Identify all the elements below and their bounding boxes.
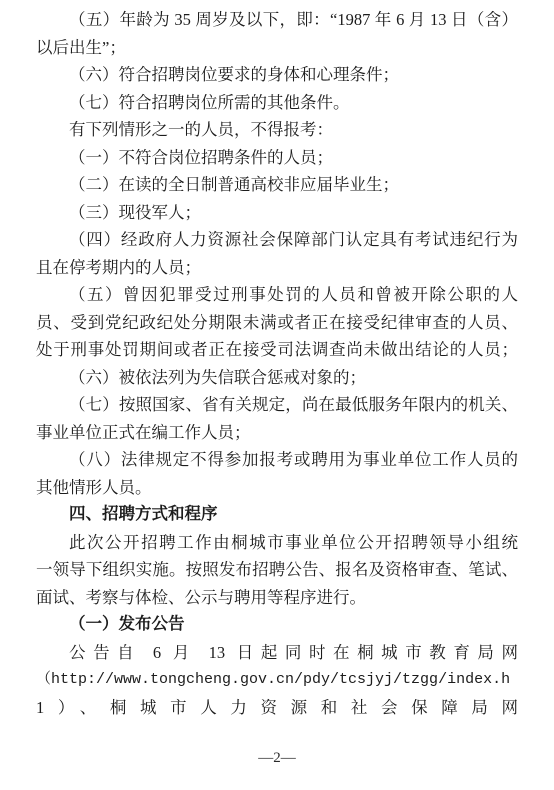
text-line: 员、受到党纪政纪处分期限未满或者正在接受纪律审查的人员、 <box>36 309 518 337</box>
text-line: 其他情形人员。 <box>36 474 518 502</box>
text-line: 有下列情形之一的人员，不得报考： <box>36 116 518 144</box>
document-page: （五）年龄为 35 周岁及以下，即：“1987 年 6 月 13 日（含）以后出… <box>0 0 554 790</box>
text-line: （一）不符合岗位招聘条件的人员； <box>36 144 518 172</box>
text-line: 以后出生”； <box>36 34 518 62</box>
text-line: （五）曾因犯罪受过刑事处罚的人员和曾被开除公职的人 <box>36 281 518 309</box>
text-line: 且在停考期内的人员； <box>36 254 518 282</box>
text-line: 面试、考察与体检、公示与聘用等程序进行。 <box>36 584 518 612</box>
text-line: （六）符合招聘岗位要求的身体和心理条件； <box>36 61 518 89</box>
text-line: 此次公开招聘工作由桐城市事业单位公开招聘领导小组统 <box>36 529 518 557</box>
text-line: （七）符合招聘岗位所需的其他条件。 <box>36 89 518 117</box>
text-line: 事业单位正式在编工作人员； <box>36 419 518 447</box>
text-line: （三）现役军人； <box>36 199 518 227</box>
text-line: （七）按照国家、省有关规定，尚在最低服务年限内的机关、 <box>36 391 518 419</box>
document-body: （五）年龄为 35 周岁及以下，即：“1987 年 6 月 13 日（含）以后出… <box>36 6 518 721</box>
text-line: （八）法律规定不得参加报考或聘用为事业单位工作人员的 <box>36 446 518 474</box>
text-line: 公告自 6 月 13 日起同时在桐城市教育局网 <box>36 639 518 667</box>
text-line: （四）经政府人力资源社会保障部门认定具有考试违纪行为 <box>36 226 518 254</box>
subsection-heading: （一）发布公告 <box>36 611 518 639</box>
text-line: （六）被依法列为失信联合惩戒对象的； <box>36 364 518 392</box>
text-line: 1）、桐城市人力资源和社会保障局网 <box>36 694 518 722</box>
text-line: 一领导下组织实施。按照发布招聘公告、报名及资格审查、笔试、 <box>36 556 518 584</box>
text-line: 处于刑事处罚期间或者正在接受司法调查尚未做出结论的人员； <box>36 336 518 364</box>
text-line: （二）在读的全日制普通高校非应届毕业生； <box>36 171 518 199</box>
url-line: （http://www.tongcheng.gov.cn/pdy/tcsjyj/… <box>36 666 518 694</box>
page-number: —2— <box>0 748 554 768</box>
section-heading: 四、招聘方式和程序 <box>36 501 518 529</box>
text-line: （五）年龄为 35 周岁及以下，即：“1987 年 6 月 13 日（含） <box>36 6 518 34</box>
